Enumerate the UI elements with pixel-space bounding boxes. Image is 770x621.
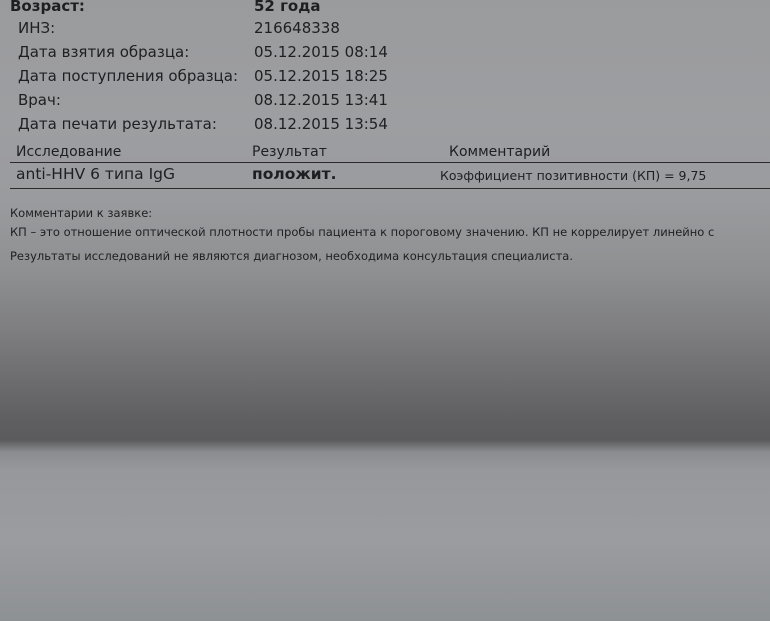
column-header-test: Исследование	[16, 144, 121, 160]
table-header-rule	[10, 162, 770, 163]
field-label-inz: ИНЗ:	[18, 19, 55, 37]
field-value-sample-taken: 05.12.2015 08:14	[254, 43, 388, 61]
result-comment: Коэффициент позитивности (КП) = 9,75	[440, 168, 706, 183]
lab-result-document: Возраст: 52 года ИНЗ: 216648338 Дата взя…	[0, 0, 770, 621]
field-value-inz: 216648338	[254, 19, 340, 37]
field-label-sample-received: Дата поступления образца:	[18, 67, 238, 85]
comment-line-2: Результаты исследований не являются диаг…	[10, 249, 573, 263]
result-value: положит.	[252, 165, 337, 183]
comments-title: Комментарии к заявке:	[10, 206, 152, 220]
comment-line-1: КП – это отношение оптической плотности …	[10, 225, 714, 239]
field-label-print-date: Дата печати результата:	[18, 115, 217, 133]
field-label-sample-taken: Дата взятия образца:	[18, 43, 189, 61]
field-label-doctor: Врач:	[18, 91, 61, 109]
field-value-sample-received: 05.12.2015 18:25	[254, 67, 388, 85]
result-test-name: anti-HHV 6 типа IgG	[16, 165, 175, 183]
column-header-result: Результат	[252, 144, 327, 160]
field-value-print-date: 08.12.2015 13:54	[254, 115, 388, 133]
field-value-doctor: 08.12.2015 13:41	[254, 91, 388, 109]
field-label-age: Возраст:	[10, 0, 85, 15]
field-value-age: 52 года	[254, 0, 320, 15]
column-header-comment: Комментарий	[449, 144, 550, 160]
table-bottom-rule	[10, 188, 770, 189]
